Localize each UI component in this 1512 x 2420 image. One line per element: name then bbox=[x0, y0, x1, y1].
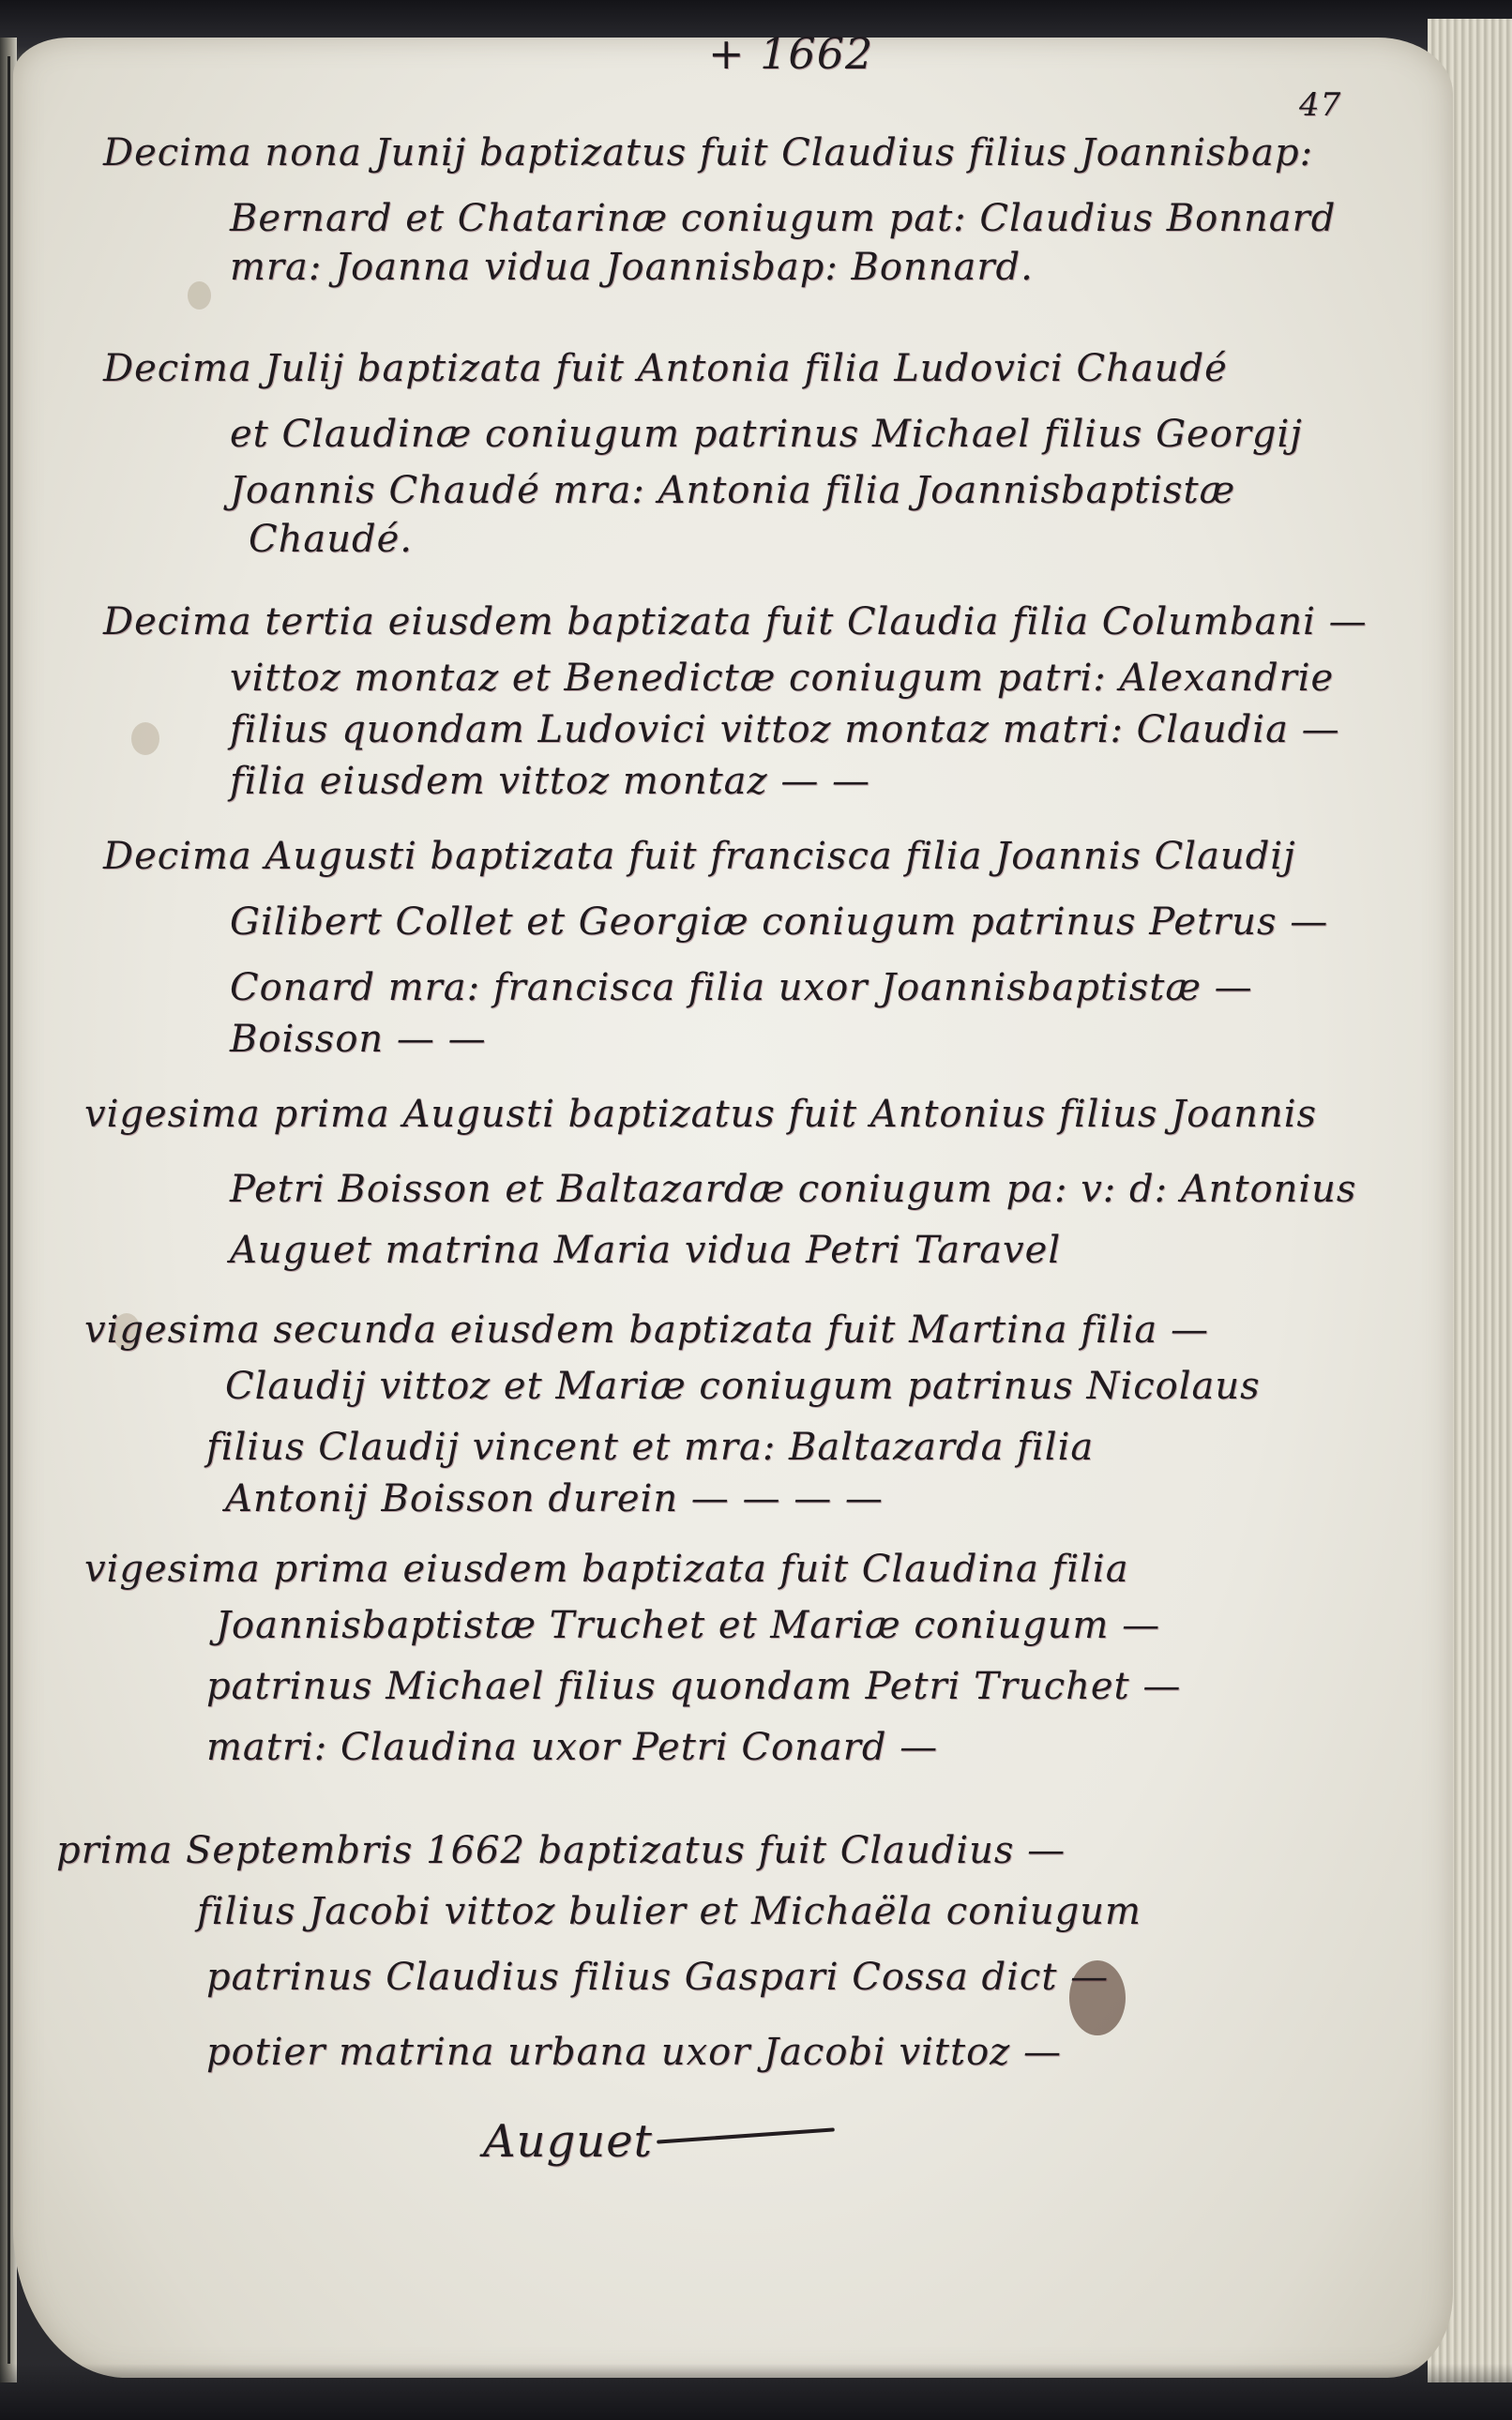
entry-8-line-4: potier matrina urbana uxor Jacobi vittoz… bbox=[206, 2031, 1062, 2074]
entry-1-line-2: Bernard et Chatarinæ coniugum pat: Claud… bbox=[230, 197, 1336, 240]
entry-4-line-4: Boisson — — bbox=[230, 1018, 487, 1061]
entry-2-line-1: Decima Julij baptizata fuit Antonia fili… bbox=[103, 347, 1228, 390]
entry-1-line-3: mra: Joanna vidua Joannisbap: Bonnard. bbox=[230, 246, 1034, 289]
entry-7-line-2: Joannisbaptistæ Truchet et Mariæ coniugu… bbox=[216, 1604, 1160, 1647]
entry-4-line-3: Conard mra: francisca filia uxor Joannis… bbox=[230, 966, 1253, 1009]
entry-6-line-1: vigesima secunda eiusdem baptizata fuit … bbox=[84, 1308, 1209, 1352]
entry-2-line-2: et Claudinæ coniugum patrinus Michael fi… bbox=[230, 413, 1303, 456]
foxing-stain bbox=[188, 281, 211, 310]
entry-8-line-2: filius Jacobi vittoz bulier et Michaëla … bbox=[197, 1890, 1142, 1933]
entry-7-line-3: patrinus Michael filius quondam Petri Tr… bbox=[206, 1665, 1181, 1708]
foxing-stain bbox=[131, 722, 159, 755]
book-binding-bottom bbox=[0, 2364, 1512, 2420]
entry-6-line-2: Claudij vittoz et Mariæ coniugum patrinu… bbox=[225, 1365, 1261, 1408]
entry-7-line-1: vigesima prima eiusdem baptizata fuit Cl… bbox=[84, 1548, 1129, 1591]
entry-1-line-1: Decima nona Junij baptizatus fuit Claudi… bbox=[103, 131, 1313, 174]
entry-3-line-4: filia eiusdem vittoz montaz — — bbox=[230, 760, 870, 803]
entry-8-line-1: prima Septembris 1662 baptizatus fuit Cl… bbox=[56, 1829, 1066, 1872]
entry-5-line-3: Auguet matrina Maria vidua Petri Taravel bbox=[230, 1229, 1061, 1272]
entry-4-line-2: Gilibert Collet et Georgiæ coniugum patr… bbox=[230, 900, 1328, 944]
year-header: + 1662 bbox=[708, 28, 873, 79]
entry-2-line-4: Chaudé. bbox=[249, 518, 413, 561]
entry-4-line-1: Decima Augusti baptizata fuit francisca … bbox=[103, 835, 1296, 878]
entry-3-line-1: Decima tertia eiusdem baptizata fuit Cla… bbox=[103, 600, 1368, 643]
entry-3-line-2: vittoz montaz et Benedictæ coniugum patr… bbox=[230, 657, 1334, 700]
entry-3-line-3: filius quondam Ludovici vittoz montaz ma… bbox=[230, 708, 1340, 751]
entry-5-line-1: vigesima prima Augusti baptizatus fuit A… bbox=[84, 1093, 1317, 1136]
entry-7-line-4: matri: Claudina uxor Petri Conard — bbox=[206, 1726, 938, 1769]
entry-2-line-3: Joannis Chaudé mra: Antonia filia Joanni… bbox=[230, 469, 1235, 512]
priest-signature: Auguet bbox=[483, 2115, 653, 2168]
spine-thread bbox=[8, 56, 10, 2364]
entry-6-line-3: filius Claudij vincent et mra: Baltazard… bbox=[206, 1426, 1094, 1469]
entry-5-line-2: Petri Boisson et Baltazardæ coniugum pa:… bbox=[230, 1168, 1356, 1211]
entry-6-line-4: Antonij Boisson durein — — — — bbox=[225, 1477, 884, 1520]
folio-number: 47 bbox=[1299, 86, 1341, 124]
entry-8-line-3: patrinus Claudius filius Gaspari Cossa d… bbox=[206, 1956, 1109, 1999]
